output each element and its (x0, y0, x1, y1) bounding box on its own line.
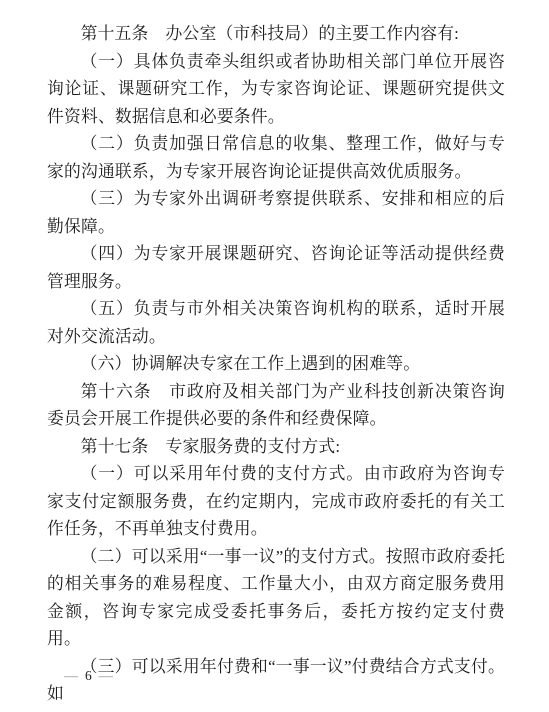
para-article-15-item-3: （三）为专家外出调研考察提供联系、安排和相应的后勤保障。 (47, 185, 505, 240)
para-article-17-item-2: （二）可以采用“一事一议”的支付方式。按照市政府委托的相关事务的难易程度、工作量… (47, 543, 505, 653)
document-page: 第十五条 办公室（市科技局）的主要工作内容有: （一）具体负责牵头组织或者协助相… (0, 0, 549, 712)
para-article-15-item-2: （二）负责加强日常信息的收集、整理工作，做好与专家的沟通联系，为专家开展咨询论证… (47, 130, 505, 185)
para-article-15-item-1: （一）具体负责牵头组织或者协助相关部门单位开展咨询论证、课题研究工作，为专家咨询… (47, 48, 505, 131)
page-number-left-dash: — (64, 669, 78, 684)
document-body: 第十五条 办公室（市科技局）的主要工作内容有: （一）具体负责牵头组织或者协助相… (47, 20, 505, 708)
page-number: 6 (78, 668, 99, 683)
para-article-17-heading: 第十七条 专家服务费的支付方式: (47, 433, 505, 461)
page-number-right-dash: — (99, 669, 113, 684)
para-article-17-item-1: （一）可以采用年付费的支付方式。由市政府为咨询专家支付定额服务费，在约定期内，完… (47, 460, 505, 543)
page-footer: —6— (64, 668, 113, 685)
para-article-15-heading: 第十五条 办公室（市科技局）的主要工作内容有: (47, 20, 505, 48)
para-article-15-item-6: （六）协调解决专家在工作上遇到的困难等。 (47, 350, 505, 378)
para-article-15-item-4: （四）为专家开展课题研究、咨询论证等活动提供经费管理服务。 (47, 240, 505, 295)
para-article-16: 第十六条 市政府及相关部门为产业科技创新决策咨询委员会开展工作提供必要的条件和经… (47, 378, 505, 433)
para-article-17-item-3: （三）可以采用年付费和“一事一议”付费结合方式支付。如 (47, 653, 505, 708)
para-article-15-item-5: （五）负责与市外相关决策咨询机构的联系，适时开展对外交流活动。 (47, 295, 505, 350)
